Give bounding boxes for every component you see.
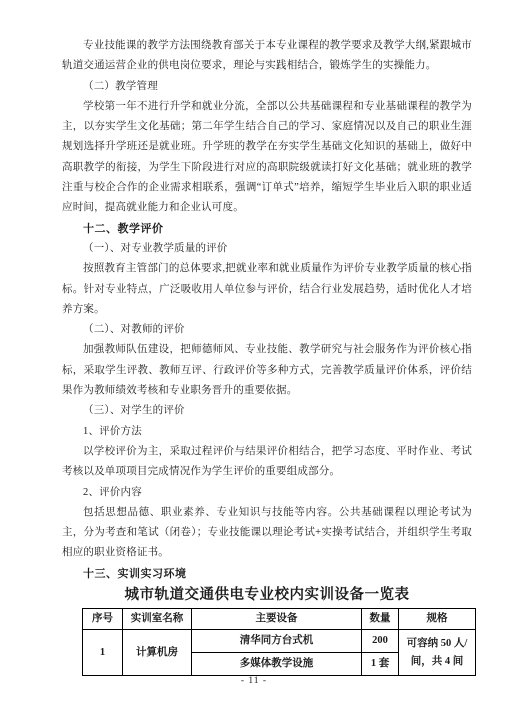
equipment-table-title: 城市轨道交通供电专业校内实训设备一览表 xyxy=(62,586,472,605)
subheading-12-3: （三）、对学生的评价 xyxy=(62,401,472,421)
heading-teaching-management: （二）教学管理 xyxy=(62,77,472,97)
paragraph-12-1: 按照教育主管部门的总体要求,把就业率和就业质量作为评价专业教学质量的核心指标。针… xyxy=(62,259,472,320)
column-header-quantity: 数量 xyxy=(362,609,399,630)
heading-section-12: 十二、教学评价 xyxy=(62,219,472,239)
column-header-equipment: 主要设备 xyxy=(192,609,362,630)
paragraph-teaching-management: 学校第一年不进行升学和就业分流，全部以公共基础课程和专业基础课程的教学为主，以夯… xyxy=(62,97,472,219)
column-header-room: 实训室名称 xyxy=(123,609,192,630)
cell-device-qty: 200 xyxy=(362,630,399,653)
cell-device-name: 清华同方台式机 xyxy=(192,630,362,653)
subheading-12-3-2: 2、评价内容 xyxy=(62,483,472,503)
cell-spec: 可容纳 50 人/间，共 4 间 xyxy=(399,630,476,676)
document-page: 专业技能课的教学方法围绕教育部关于本专业课程的教学要求及教学大纲,紧跟城市轨道交… xyxy=(0,0,508,711)
document-content: 专业技能课的教学方法围绕教育部关于本专业课程的教学要求及教学大纲,紧跟城市轨道交… xyxy=(62,36,472,676)
table-header-row: 序号 实训室名称 主要设备 数量 规格 xyxy=(83,609,476,630)
cell-device-name: 多媒体教学设施 xyxy=(192,653,362,676)
subheading-12-3-1: 1、评价方法 xyxy=(62,422,472,442)
table-row: 1 计算机房 清华同方台式机 200 可容纳 50 人/间，共 4 间 xyxy=(83,630,476,653)
equipment-table: 序号 实训室名称 主要设备 数量 规格 1 计算机房 清华同方台式机 200 可… xyxy=(82,608,476,676)
column-header-spec: 规格 xyxy=(399,609,476,630)
paragraph-skill-course: 专业技能课的教学方法围绕教育部关于本专业课程的教学要求及教学大纲,紧跟城市轨道交… xyxy=(62,36,472,77)
cell-device-qty: 1 套 xyxy=(362,653,399,676)
column-header-index: 序号 xyxy=(83,609,123,630)
cell-row-index: 1 xyxy=(83,630,123,676)
paragraph-12-2: 加强教师队伍建设，把师德师风、专业技能、教学研究与社会服务作为评价核心指标，采取… xyxy=(62,340,472,401)
page-number: - 11 - xyxy=(0,676,508,686)
subheading-12-2: （二）、对教师的评价 xyxy=(62,320,472,340)
cell-room-name: 计算机房 xyxy=(123,630,192,676)
heading-section-13: 十三、实训实习环境 xyxy=(62,564,472,584)
paragraph-12-3-1: 以学校评价为主，采取过程评价与结果评价相结合，把学习态度、平时作业、考试考核以及… xyxy=(62,442,472,483)
subheading-12-1: （一）、对专业教学质量的评价 xyxy=(62,239,472,259)
paragraph-12-3-2: 包括思想品德、职业素养、专业知识与技能等内容。公共基础课程以理论考试为主，分为考… xyxy=(62,503,472,564)
